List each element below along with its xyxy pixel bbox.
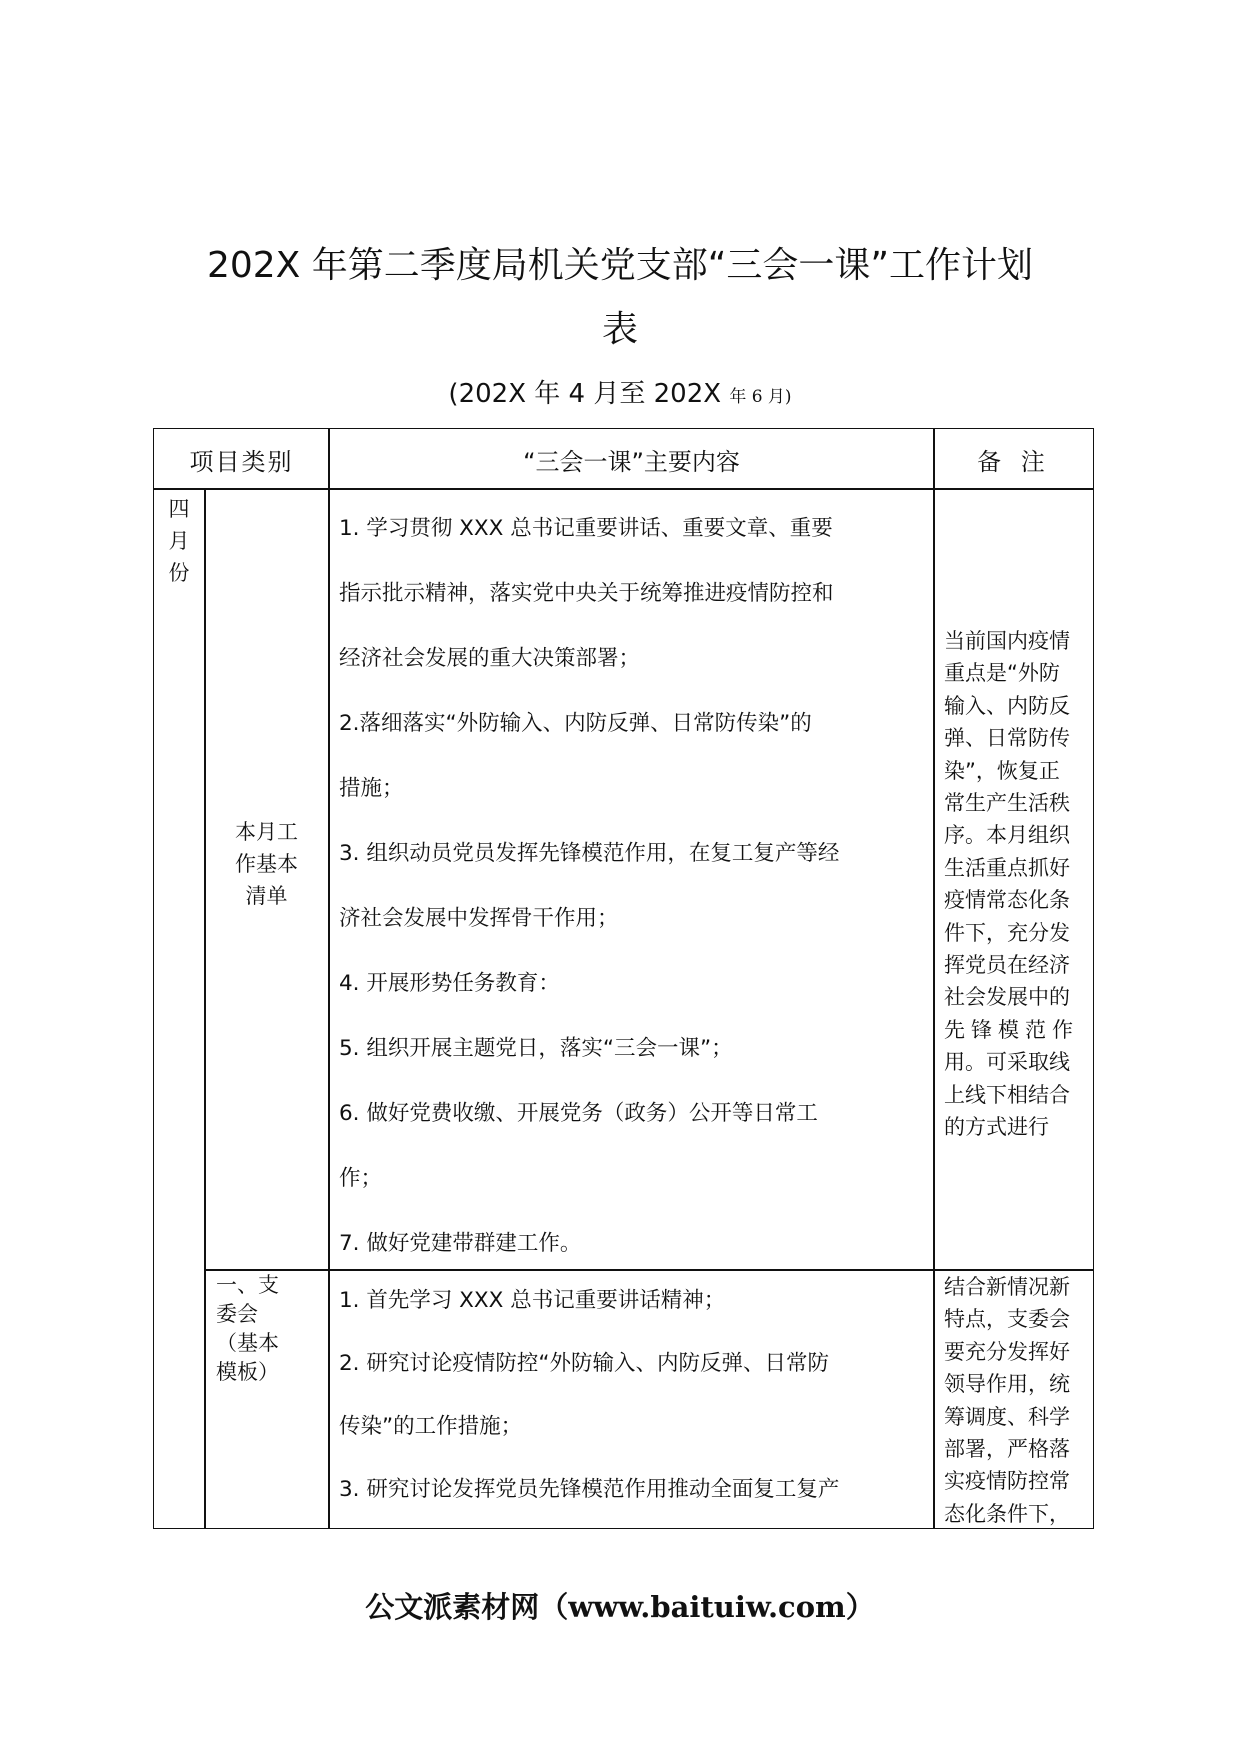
row-notes-monthly-list: 当前国内疫情 重点是“外防 输入、内防反 弹、日常防传 染”，恢复正 常生产生活… (934, 625, 1094, 1144)
row-category-monthly-list: 本月工 作基本 清单 (205, 816, 328, 912)
category-line: 本月工 (205, 816, 328, 848)
category-line: （基本 (216, 1329, 328, 1358)
content-line: 作； (339, 1146, 933, 1211)
content-line: 3. 研究讨论发挥党员先锋模范作用推动全面复工复产 (339, 1458, 933, 1521)
content-line: 措施； (339, 756, 933, 821)
notes-line: 疫情常态化条 (944, 884, 1090, 916)
month-label-char: 四 (154, 493, 204, 525)
content-line: 指示批示精神，落实党中央关于统筹推进疫情防控和 (339, 561, 933, 626)
month-label: 四 月 份 (154, 493, 204, 589)
content-line: 2.落细落实“外防输入、内防反弹、日常防传染”的 (339, 691, 933, 756)
content-line: 7. 做好党建带群建工作。 (339, 1211, 933, 1276)
notes-line: 用。可采取线 (944, 1046, 1090, 1078)
category-line: 模板） (216, 1358, 328, 1387)
content-line: 济社会发展中发挥骨干作用； (339, 886, 933, 951)
notes-line: 上线下相结合 (944, 1079, 1090, 1111)
content-line: 经济社会发展的重大决策部署； (339, 626, 933, 691)
category-line: 委会 (216, 1300, 328, 1329)
header-notes: 备 注 (934, 429, 1094, 489)
month-label-char: 份 (154, 557, 204, 589)
content-line: 3. 组织动员党员发挥先锋模范作用，在复工复产等经 (339, 821, 933, 886)
document-subtitle: (202X 年 4 月至 202X 年 6 月) (150, 374, 1090, 417)
content-line: 4. 开展形势任务教育： (339, 951, 933, 1016)
notes-line: 先锋模范作 (944, 1014, 1090, 1046)
notes-line: 当前国内疫情 (944, 625, 1090, 657)
document-title-line-2: 表 (150, 300, 1090, 360)
subtitle-date-range: (202X 年 4 月至 202X (448, 379, 729, 409)
month-label-char: 月 (154, 525, 204, 557)
notes-line: 重点是“外防 (944, 657, 1090, 689)
notes-line: 染”，恢复正 (944, 755, 1090, 787)
notes-line: 部署，严格落 (944, 1433, 1090, 1465)
subtitle-date-end: 年 6 月) (729, 387, 791, 407)
row-notes-branch-committee: 结合新情况新 特点，支委会 要充分发挥好 领导作用，统 筹调度、科学 部署，严格… (934, 1271, 1094, 1530)
content-line: 传染”的工作措施； (339, 1395, 933, 1458)
notes-line: 领导作用，统 (944, 1368, 1090, 1400)
category-line: 清单 (205, 880, 328, 912)
header-category: 项目类别 (154, 429, 329, 489)
notes-line: 挥党员在经济 (944, 949, 1090, 981)
notes-line: 实疫情防控常 (944, 1465, 1090, 1497)
notes-line: 特点，支委会 (944, 1303, 1090, 1335)
content-line: 6. 做好党费收缴、开展党务（政务）公开等日常工 (339, 1081, 933, 1146)
content-line: 2. 研究讨论疫情防控“外防输入、内防反弹、日常防 (339, 1332, 933, 1395)
row-content-branch-committee: 1. 首先学习 XXX 总书记重要讲话精神； 2. 研究讨论疫情防控“外防输入、… (329, 1269, 933, 1521)
document-title-line-1: 202X 年第二季度局机关党支部“三会一课”工作计划 (150, 236, 1090, 296)
month-column-divider (204, 489, 206, 1528)
notes-line: 态化条件下， (944, 1498, 1090, 1530)
content-line: 5. 组织开展主题党日，落实“三会一课”； (339, 1016, 933, 1081)
content-line: 1. 学习贯彻 XXX 总书记重要讲话、重要文章、重要 (339, 496, 933, 561)
content-line: 1. 首先学习 XXX 总书记重要讲话精神； (339, 1269, 933, 1332)
notes-line: 序。本月组织 (944, 819, 1090, 851)
category-line: 一、支 (216, 1271, 328, 1300)
notes-line: 筹调度、科学 (944, 1401, 1090, 1433)
footer-watermark: 公文派素材网（www.baituiw.com） (150, 1582, 1090, 1632)
notes-line: 结合新情况新 (944, 1271, 1090, 1303)
notes-line: 生活重点抓好 (944, 852, 1090, 884)
notes-line: 社会发展中的 (944, 981, 1090, 1013)
header-notes-label: 备 注 (977, 442, 1051, 477)
row-category-branch-committee: 一、支 委会 （基本 模板） (216, 1271, 328, 1387)
notes-line: 要充分发挥好 (944, 1336, 1090, 1368)
notes-line: 件下，充分发 (944, 917, 1090, 949)
row-content-monthly-list: 1. 学习贯彻 XXX 总书记重要讲话、重要文章、重要 指示批示精神，落实党中央… (329, 496, 933, 1276)
notes-line: 的方式进行 (944, 1111, 1090, 1143)
notes-line: 常生产生活秩 (944, 787, 1090, 819)
header-content: “三会一课”主要内容 (329, 429, 934, 489)
category-line: 作基本 (205, 848, 328, 880)
plan-table: 项目类别 “三会一课”主要内容 备 注 四 月 份 本月工 作基本 清单 1. … (153, 428, 1094, 1529)
notes-line: 弹、日常防传 (944, 722, 1090, 754)
notes-line: 输入、内防反 (944, 690, 1090, 722)
